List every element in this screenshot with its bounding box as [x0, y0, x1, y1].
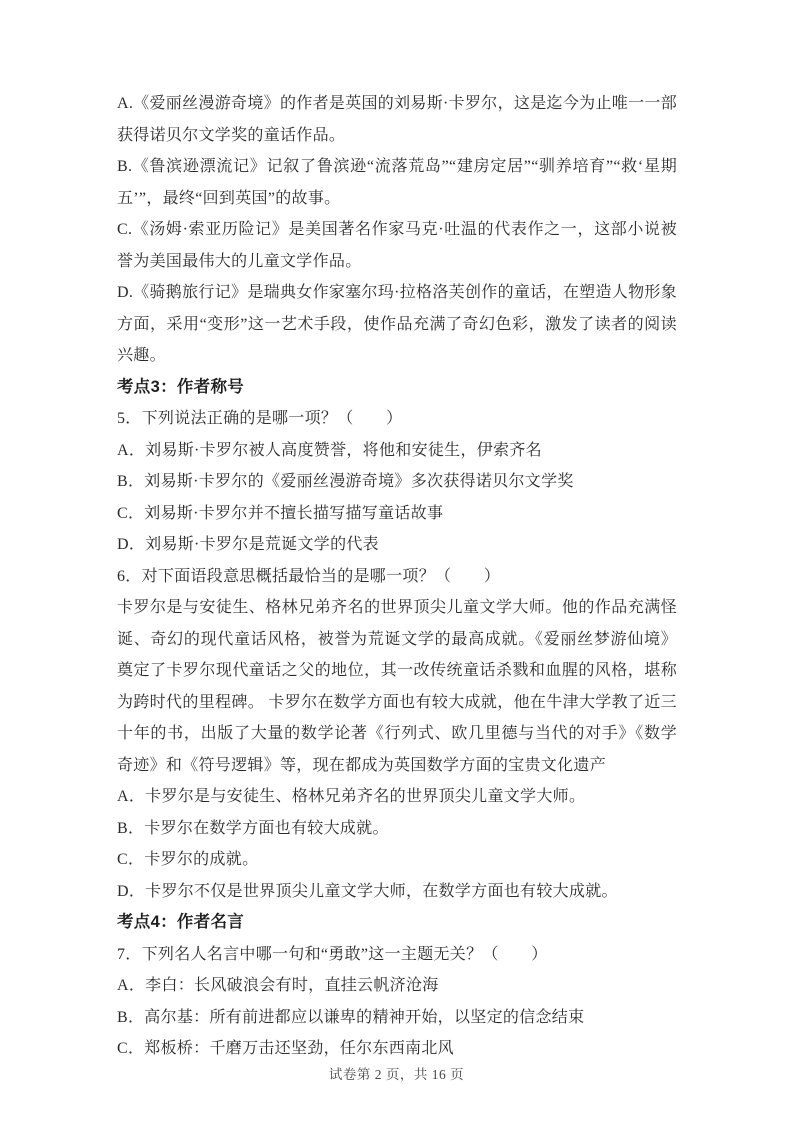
- q4-option-d: D.《骑鹅旅行记》是瑞典女作家塞尔玛·拉格洛芙创作的童话，在塑造人物形象方面，采…: [117, 277, 677, 372]
- q7-option-a: A．李白：长风破浪会有时，直挂云帆济沧海: [117, 970, 677, 1002]
- q6-option-b: B．卡罗尔在数学方面也有较大成就。: [117, 813, 677, 845]
- q4-option-c: C.《汤姆·索亚历险记》是美国著名作家马克·吐温的代表作之一，这部小说被誉为美国…: [117, 214, 677, 277]
- page-content: A.《爱丽丝漫游奇境》的作者是英国的刘易斯·卡罗尔，这是迄今为止唯一一部获得诺贝…: [117, 88, 677, 1065]
- q4-option-b: B.《鲁滨逊漂流记》记叙了鲁滨逊“流落荒岛”“建房定居”“驯养培育”“救‘星期五…: [117, 151, 677, 214]
- q5-option-d: D．刘易斯·卡罗尔是荒诞文学的代表: [117, 529, 677, 561]
- section4-heading: 考点4：作者名言: [117, 907, 677, 939]
- q7-stem: 7．下列名人名言中哪一句和“勇敢”这一主题无关？（ ）: [117, 939, 677, 971]
- q4-option-a: A.《爱丽丝漫游奇境》的作者是英国的刘易斯·卡罗尔，这是迄今为止唯一一部获得诺贝…: [117, 88, 677, 151]
- q6-option-d: D．卡罗尔不仅是世界顶尖儿童文学大师，在数学方面也有较大成就。: [117, 876, 677, 908]
- q5-option-b: B．刘易斯·卡罗尔的《爱丽丝漫游奇境》多次获得诺贝尔文学奖: [117, 466, 677, 498]
- q5-option-c: C．刘易斯·卡罗尔并不擅长描写描写童话故事: [117, 498, 677, 530]
- q6-option-c: C．卡罗尔的成就。: [117, 844, 677, 876]
- q7-option-c: C．郑板桥：千磨万击还坚劲，任尔东西南北风: [117, 1033, 677, 1065]
- q7-option-b: B．高尔基：所有前进都应以谦卑的精神开始，以坚定的信念结束: [117, 1002, 677, 1034]
- q5-option-a: A．刘易斯·卡罗尔被人高度赞誉，将他和安徒生，伊索齐名: [117, 435, 677, 467]
- page-footer: 试卷第 2 页，共 16 页: [0, 1063, 793, 1083]
- exam-paper-page: A.《爱丽丝漫游奇境》的作者是英国的刘易斯·卡罗尔，这是迄今为止唯一一部获得诺贝…: [0, 0, 793, 1122]
- q6-passage: 卡罗尔是与安徒生、格林兄弟齐名的世界顶尖儿童文学大师。他的作品充满怪诞、奇幻的现…: [117, 592, 677, 781]
- q6-stem: 6．对下面语段意思概括最恰当的是哪一项？（ ）: [117, 561, 677, 593]
- q5-stem: 5．下列说法正确的是哪一项？（ ）: [117, 403, 677, 435]
- section3-heading: 考点3：作者称号: [117, 372, 677, 404]
- q6-option-a: A．卡罗尔是与安徒生、格林兄弟齐名的世界顶尖儿童文学大师。: [117, 781, 677, 813]
